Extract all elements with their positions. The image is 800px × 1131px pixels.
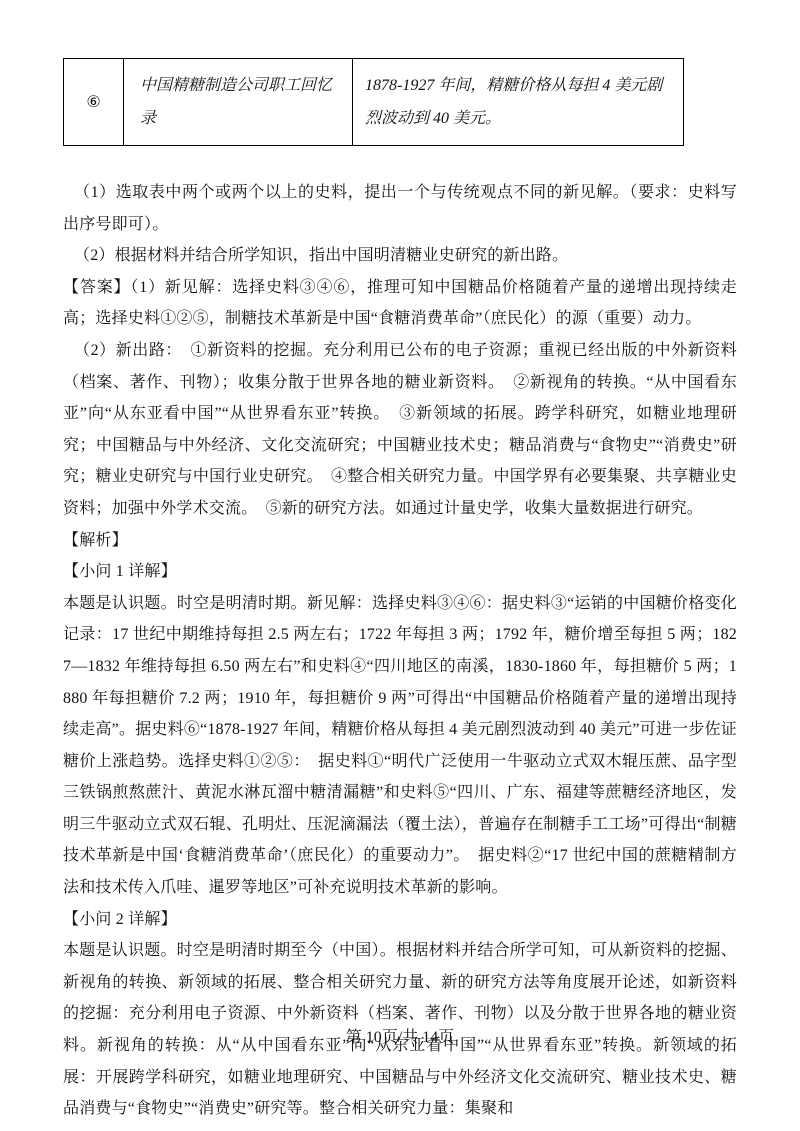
subquestion-2-heading: 【小问 2 详解】 (63, 904, 737, 936)
analysis-heading: 【解析】 (63, 525, 737, 557)
source-name-cell: 中国精糖制造公司职工回忆录 (124, 59, 353, 146)
body-text: （1）选取表中两个或两个以上的史料，提出一个与传统观点不同的新见解。（要求：史料… (63, 177, 737, 1125)
source-table: ⑥ 中国精糖制造公司职工回忆录 1878-1927 年间，精糖价格从每担 4 美… (63, 58, 684, 146)
table-row: ⑥ 中国精糖制造公司职工回忆录 1878-1927 年间，精糖价格从每担 4 美… (64, 59, 684, 146)
question-2: （2）根据材料并结合所学知识，指出中国明清糖业史研究的新出路。 (63, 240, 737, 272)
answer-part-1: 【答案】（1）新见解：选择史料③④⑥，推理可知中国糖品价格随着产量的递增出现持续… (63, 272, 737, 335)
question-1: （1）选取表中两个或两个以上的史料，提出一个与传统观点不同的新见解。（要求：史料… (63, 177, 737, 240)
source-description-cell: 1878-1927 年间，精糖价格从每担 4 美元剧烈波动到 40 美元。 (353, 59, 684, 146)
document-page: ⑥ 中国精糖制造公司职工回忆录 1878-1927 年间，精糖价格从每担 4 美… (0, 0, 800, 1131)
page-content: ⑥ 中国精糖制造公司职工回忆录 1878-1927 年间，精糖价格从每担 4 美… (63, 58, 737, 1125)
subquestion-1-detail: 本题是认识题。时空是明清时期。新见解：选择史料③④⑥：据史料③“运销的中国糖价格… (63, 588, 737, 904)
row-index-cell: ⑥ (64, 59, 124, 146)
answer-part-2: （2）新出路： ①新资料的挖掘。充分利用已公布的电子资源；重视已经出版的中外新资… (63, 335, 737, 525)
subquestion-1-heading: 【小问 1 详解】 (63, 556, 737, 588)
page-footer: 第 10页/共 14页 (0, 1024, 800, 1047)
